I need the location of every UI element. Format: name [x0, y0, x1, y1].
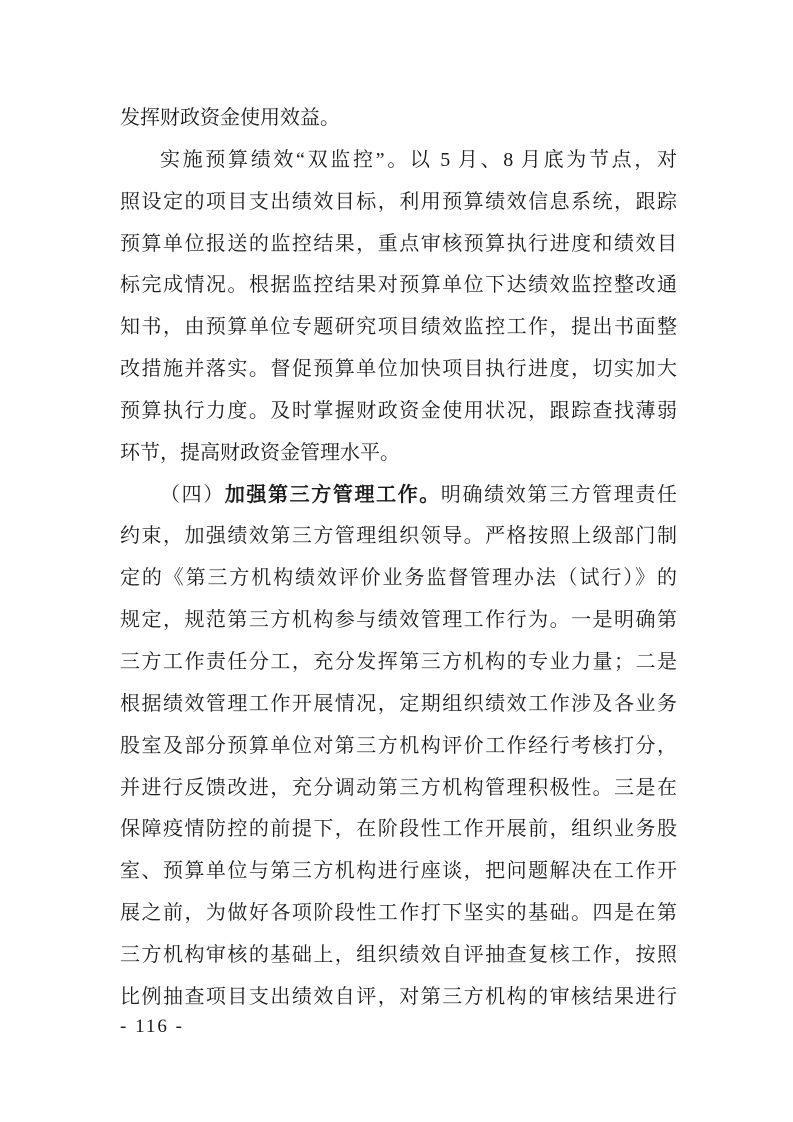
text-line: 预算执行力度。及时掌握财政资金使用状况，跟踪查找薄弱	[120, 391, 677, 433]
text-segment: 并进行反馈改进，充分调动第三方机构管理积极性。三是在	[120, 777, 677, 799]
text-line: 预算单位报送的监控结果，重点审核预算执行进度和绩效目	[120, 224, 677, 266]
text-line: 改措施并落实。督促预算单位加快项目执行进度，切实加大	[120, 349, 677, 391]
text-segment: 标完成情况。根据监控结果对预算单位下达绩效监控整改通	[120, 274, 677, 296]
text-line: （四）加强第三方管理工作。明确绩效第三方管理责任	[120, 475, 677, 517]
page-number: - 116 -	[120, 1014, 184, 1040]
text-segment: 比例抽查项目支出绩效自评，对第三方机构的审核结果进行	[120, 986, 677, 1008]
text-segment: 根据绩效管理工作开展情况，定期组织绩效工作涉及各业务	[120, 693, 677, 715]
text-line: 环节，提高财政资金管理水平。	[120, 433, 677, 475]
text-line: 根据绩效管理工作开展情况，定期组织绩效工作涉及各业务	[120, 684, 677, 726]
text-segment: 约束，加强绩效第三方管理组织领导。严格按照上级部门制	[120, 525, 677, 547]
document-page: 发挥财政资金使用效益。实施预算绩效“双监控”。以 5 月、8 月底为节点，对照设…	[0, 0, 793, 1122]
text-line: 并进行反馈改进，充分调动第三方机构管理积极性。三是在	[120, 768, 677, 810]
text-segment: 照设定的项目支出绩效目标，利用预算绩效信息系统，跟踪	[120, 191, 677, 213]
text-segment: 预算单位报送的监控结果，重点审核预算执行进度和绩效目	[120, 233, 677, 255]
text-line: 标完成情况。根据监控结果对预算单位下达绩效监控整改通	[120, 265, 677, 307]
text-line: 照设定的项目支出绩效目标，利用预算绩效信息系统，跟踪	[120, 182, 677, 224]
text-segment: 展之前，为做好各项阶段性工作打下坚实的基础。四是在第	[120, 902, 677, 924]
text-line: 比例抽查项目支出绩效自评，对第三方机构的审核结果进行	[120, 977, 677, 1019]
text-line: 室、预算单位与第三方机构进行座谈，把问题解决在工作开	[120, 851, 677, 893]
text-line: 知书，由预算单位专题研究项目绩效监控工作，提出书面整	[120, 307, 677, 349]
text-line: 发挥财政资金使用效益。	[120, 98, 677, 140]
text-segment: （四）	[160, 484, 225, 506]
text-line: 实施预算绩效“双监控”。以 5 月、8 月底为节点，对	[120, 140, 677, 182]
text-line: 保障疫情防控的前提下，在阶段性工作开展前，组织业务股	[120, 809, 677, 851]
text-segment: 股室及部分预算单位对第三方机构评价工作经行考核打分，	[120, 735, 677, 757]
text-segment: 知书，由预算单位专题研究项目绩效监控工作，提出书面整	[120, 316, 677, 338]
text-line: 规定，规范第三方机构参与绩效管理工作行为。一是明确第	[120, 600, 677, 642]
text-line: 约束，加强绩效第三方管理组织领导。严格按照上级部门制	[120, 516, 677, 558]
text-segment: 规定，规范第三方机构参与绩效管理工作行为。一是明确第	[120, 609, 677, 631]
text-line: 股室及部分预算单位对第三方机构评价工作经行考核打分，	[120, 726, 677, 768]
text-line: 三方工作责任分工，充分发挥第三方机构的专业力量；二是	[120, 642, 677, 684]
text-line: 定的《第三方机构绩效评价业务监督管理办法（试行）》的	[120, 558, 677, 600]
text-segment: 预算执行力度。及时掌握财政资金使用状况，跟踪查找薄弱	[120, 400, 677, 422]
text-segment: 定的《第三方机构绩效评价业务监督管理办法（试行）》的	[120, 567, 677, 589]
text-segment: 环节，提高财政资金管理水平。	[120, 442, 400, 464]
text-segment: 室、预算单位与第三方机构进行座谈，把问题解决在工作开	[120, 860, 677, 882]
text-segment: 发挥财政资金使用效益。	[120, 107, 340, 129]
text-line: 三方机构审核的基础上，组织绩效自评抽查复核工作，按照	[120, 935, 677, 977]
text-segment: 三方机构审核的基础上，组织绩效自评抽查复核工作，按照	[120, 944, 677, 966]
text-segment: 实施预算绩效“双监控”。以 5 月、8 月底为节点，对	[160, 149, 677, 171]
document-body: 发挥财政资金使用效益。实施预算绩效“双监控”。以 5 月、8 月底为节点，对照设…	[120, 98, 677, 1019]
text-segment: 三方工作责任分工，充分发挥第三方机构的专业力量；二是	[120, 651, 677, 673]
text-segment: 明确绩效第三方管理责任	[441, 484, 677, 506]
text-segment: 保障疫情防控的前提下，在阶段性工作开展前，组织业务股	[120, 818, 677, 840]
text-segment: 改措施并落实。督促预算单位加快项目执行进度，切实加大	[120, 358, 677, 380]
bold-text-segment: 加强第三方管理工作。	[225, 484, 441, 506]
text-line: 展之前，为做好各项阶段性工作打下坚实的基础。四是在第	[120, 893, 677, 935]
